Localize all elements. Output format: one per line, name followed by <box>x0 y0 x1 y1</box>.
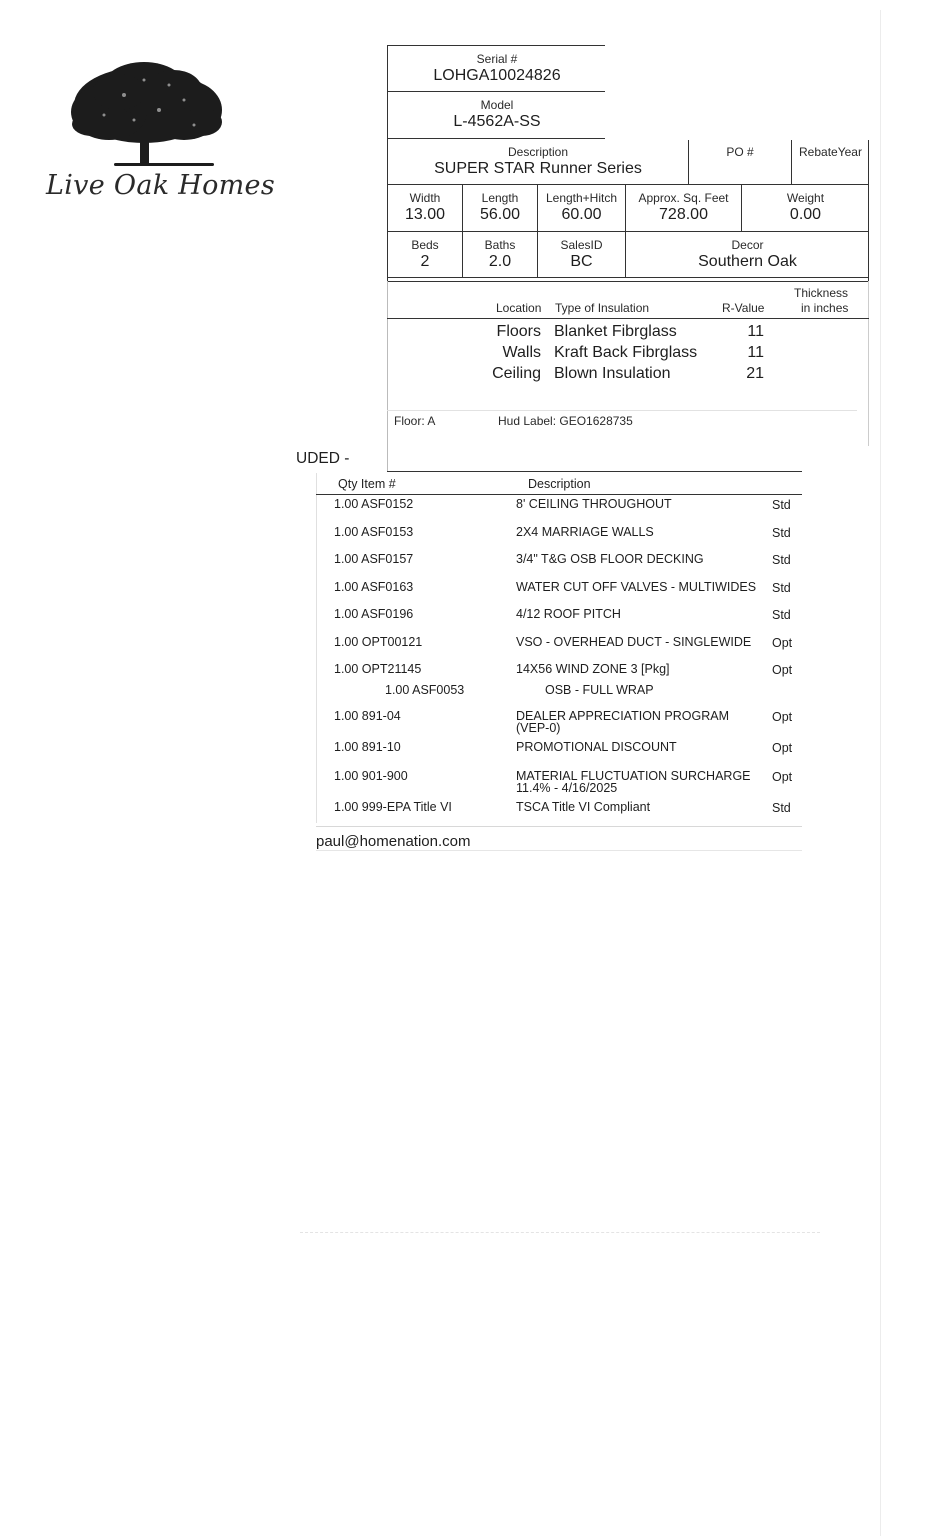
po-label: PO # <box>689 145 791 159</box>
option-qty-item: 1.00 OPT21145 <box>334 662 421 676</box>
option-description-continued: (VEP-0) <box>516 721 560 735</box>
company-name: Live Oak Homes <box>46 170 275 201</box>
description-field: Description SUPER STAR Runner Series <box>388 145 688 178</box>
option-description: WATER CUT OFF VALVES - MULTIWIDES <box>516 580 756 594</box>
length-hitch-field: Length+Hitch 60.00 <box>538 191 625 224</box>
insulation-r-value: 11 <box>720 342 764 363</box>
scan-edge-line <box>880 10 881 1536</box>
weight-value: 0.00 <box>742 205 869 224</box>
description-value: SUPER STAR Runner Series <box>388 159 688 178</box>
insulation-header-thickness-unit: in inches <box>801 301 848 315</box>
contact-email: paul@homenation.com <box>316 833 470 850</box>
po-field: PO # <box>689 145 791 159</box>
option-description: PROMOTIONAL DISCOUNT <box>516 740 677 754</box>
option-type: Std <box>772 553 791 567</box>
option-qty-item: 1.00 891-10 <box>334 740 401 754</box>
sales-id-value: BC <box>538 252 625 271</box>
decor-value: Southern Oak <box>626 252 869 271</box>
insulation-header-r-value: R-Value <box>722 301 764 315</box>
serial-value: LOHGA10024826 <box>388 66 606 85</box>
option-description: VSO - OVERHEAD DUCT - SINGLEWIDE <box>516 635 751 649</box>
option-qty-item: 1.00 ASF0053 <box>385 683 464 697</box>
serial-field: Serial # LOHGA10024826 <box>388 52 606 85</box>
insulation-type: Kraft Back Fibrglass <box>554 342 697 363</box>
sq-feet-label: Approx. Sq. Feet <box>626 191 741 205</box>
sales-id-field: SalesID BC <box>538 238 625 271</box>
insulation-r-value: 11 <box>720 321 764 342</box>
length-value: 56.00 <box>463 205 537 224</box>
option-type: Std <box>772 498 791 512</box>
baths-field: Baths 2.0 <box>463 238 537 271</box>
option-description: 8' CEILING THROUGHOUT <box>516 497 672 511</box>
option-description-continued: 11.4% - 4/16/2025 <box>516 781 617 795</box>
floor-label: Floor: A <box>394 414 435 428</box>
insulation-type: Blown Insulation <box>554 363 671 384</box>
options-section-label: UDED - <box>296 450 349 468</box>
option-qty-item: 1.00 OPT00121 <box>334 635 422 649</box>
beds-label: Beds <box>388 238 462 252</box>
option-type: Std <box>772 581 791 595</box>
option-description: TSCA Title VI Compliant <box>516 800 650 814</box>
scan-fold-line <box>300 1232 820 1233</box>
option-qty-item: 1.00 ASF0152 <box>334 497 413 511</box>
insulation-header-location: Location <box>496 301 541 315</box>
option-qty-item: 1.00 901-900 <box>334 769 408 783</box>
insulation-r-value: 21 <box>720 363 764 384</box>
length-field: Length 56.00 <box>463 191 537 224</box>
option-description: 4/12 ROOF PITCH <box>516 607 621 621</box>
insulation-location: Walls <box>460 342 541 363</box>
option-type: Std <box>772 608 791 622</box>
width-value: 13.00 <box>388 205 462 224</box>
option-qty-item: 1.00 999-EPA Title VI <box>334 800 452 814</box>
option-type: Std <box>772 526 791 540</box>
hud-label: Hud Label: GEO1628735 <box>498 414 633 428</box>
length-label: Length <box>463 191 537 205</box>
sales-id-label: SalesID <box>538 238 625 252</box>
baths-label: Baths <box>463 238 537 252</box>
decor-field: Decor Southern Oak <box>626 238 869 271</box>
insulation-header-type: Type of Insulation <box>555 301 649 315</box>
option-qty-item: 1.00 891-04 <box>334 709 401 723</box>
insulation-location: Floors <box>460 321 541 342</box>
model-value: L-4562A-SS <box>388 112 606 131</box>
decor-label: Decor <box>626 238 869 252</box>
serial-label: Serial # <box>388 52 606 66</box>
width-label: Width <box>388 191 462 205</box>
option-description: 2X4 MARRIAGE WALLS <box>516 525 654 539</box>
insulation-location: Ceiling <box>460 363 541 384</box>
options-header-description: Description <box>528 477 591 491</box>
option-qty-item: 1.00 ASF0163 <box>334 580 413 594</box>
sq-feet-value: 728.00 <box>626 205 741 224</box>
option-description: 3/4" T&G OSB FLOOR DECKING <box>516 552 704 566</box>
options-header-qty-item: Qty Item # <box>338 477 396 491</box>
baths-value: 2.0 <box>463 252 537 271</box>
option-qty-item: 1.00 ASF0196 <box>334 607 413 621</box>
weight-field: Weight 0.00 <box>742 191 869 224</box>
option-description: OSB - FULL WRAP <box>545 683 654 697</box>
option-type: Opt <box>772 770 792 784</box>
option-type: Opt <box>772 710 792 724</box>
insulation-header-thickness: Thickness <box>794 286 848 300</box>
description-label: Description <box>388 145 688 159</box>
option-type: Std <box>772 801 791 815</box>
length-hitch-value: 60.00 <box>538 205 625 224</box>
option-type: Opt <box>772 663 792 677</box>
option-type: Opt <box>772 741 792 755</box>
weight-label: Weight <box>742 191 869 205</box>
option-qty-item: 1.00 ASF0153 <box>334 525 413 539</box>
rebate-year-field: RebateYear <box>792 145 869 159</box>
option-description: 14X56 WIND ZONE 3 [Pkg] <box>516 662 670 676</box>
beds-field: Beds 2 <box>388 238 462 271</box>
option-qty-item: 1.00 ASF0157 <box>334 552 413 566</box>
length-hitch-label: Length+Hitch <box>538 191 625 205</box>
option-type: Opt <box>772 636 792 650</box>
model-label: Model <box>388 98 606 112</box>
width-field: Width 13.00 <box>388 191 462 224</box>
sq-feet-field: Approx. Sq. Feet 728.00 <box>626 191 741 224</box>
rebate-year-label: RebateYear <box>792 145 869 159</box>
insulation-type: Blanket Fibrglass <box>554 321 677 342</box>
model-field: Model L-4562A-SS <box>388 98 606 131</box>
beds-value: 2 <box>388 252 462 271</box>
